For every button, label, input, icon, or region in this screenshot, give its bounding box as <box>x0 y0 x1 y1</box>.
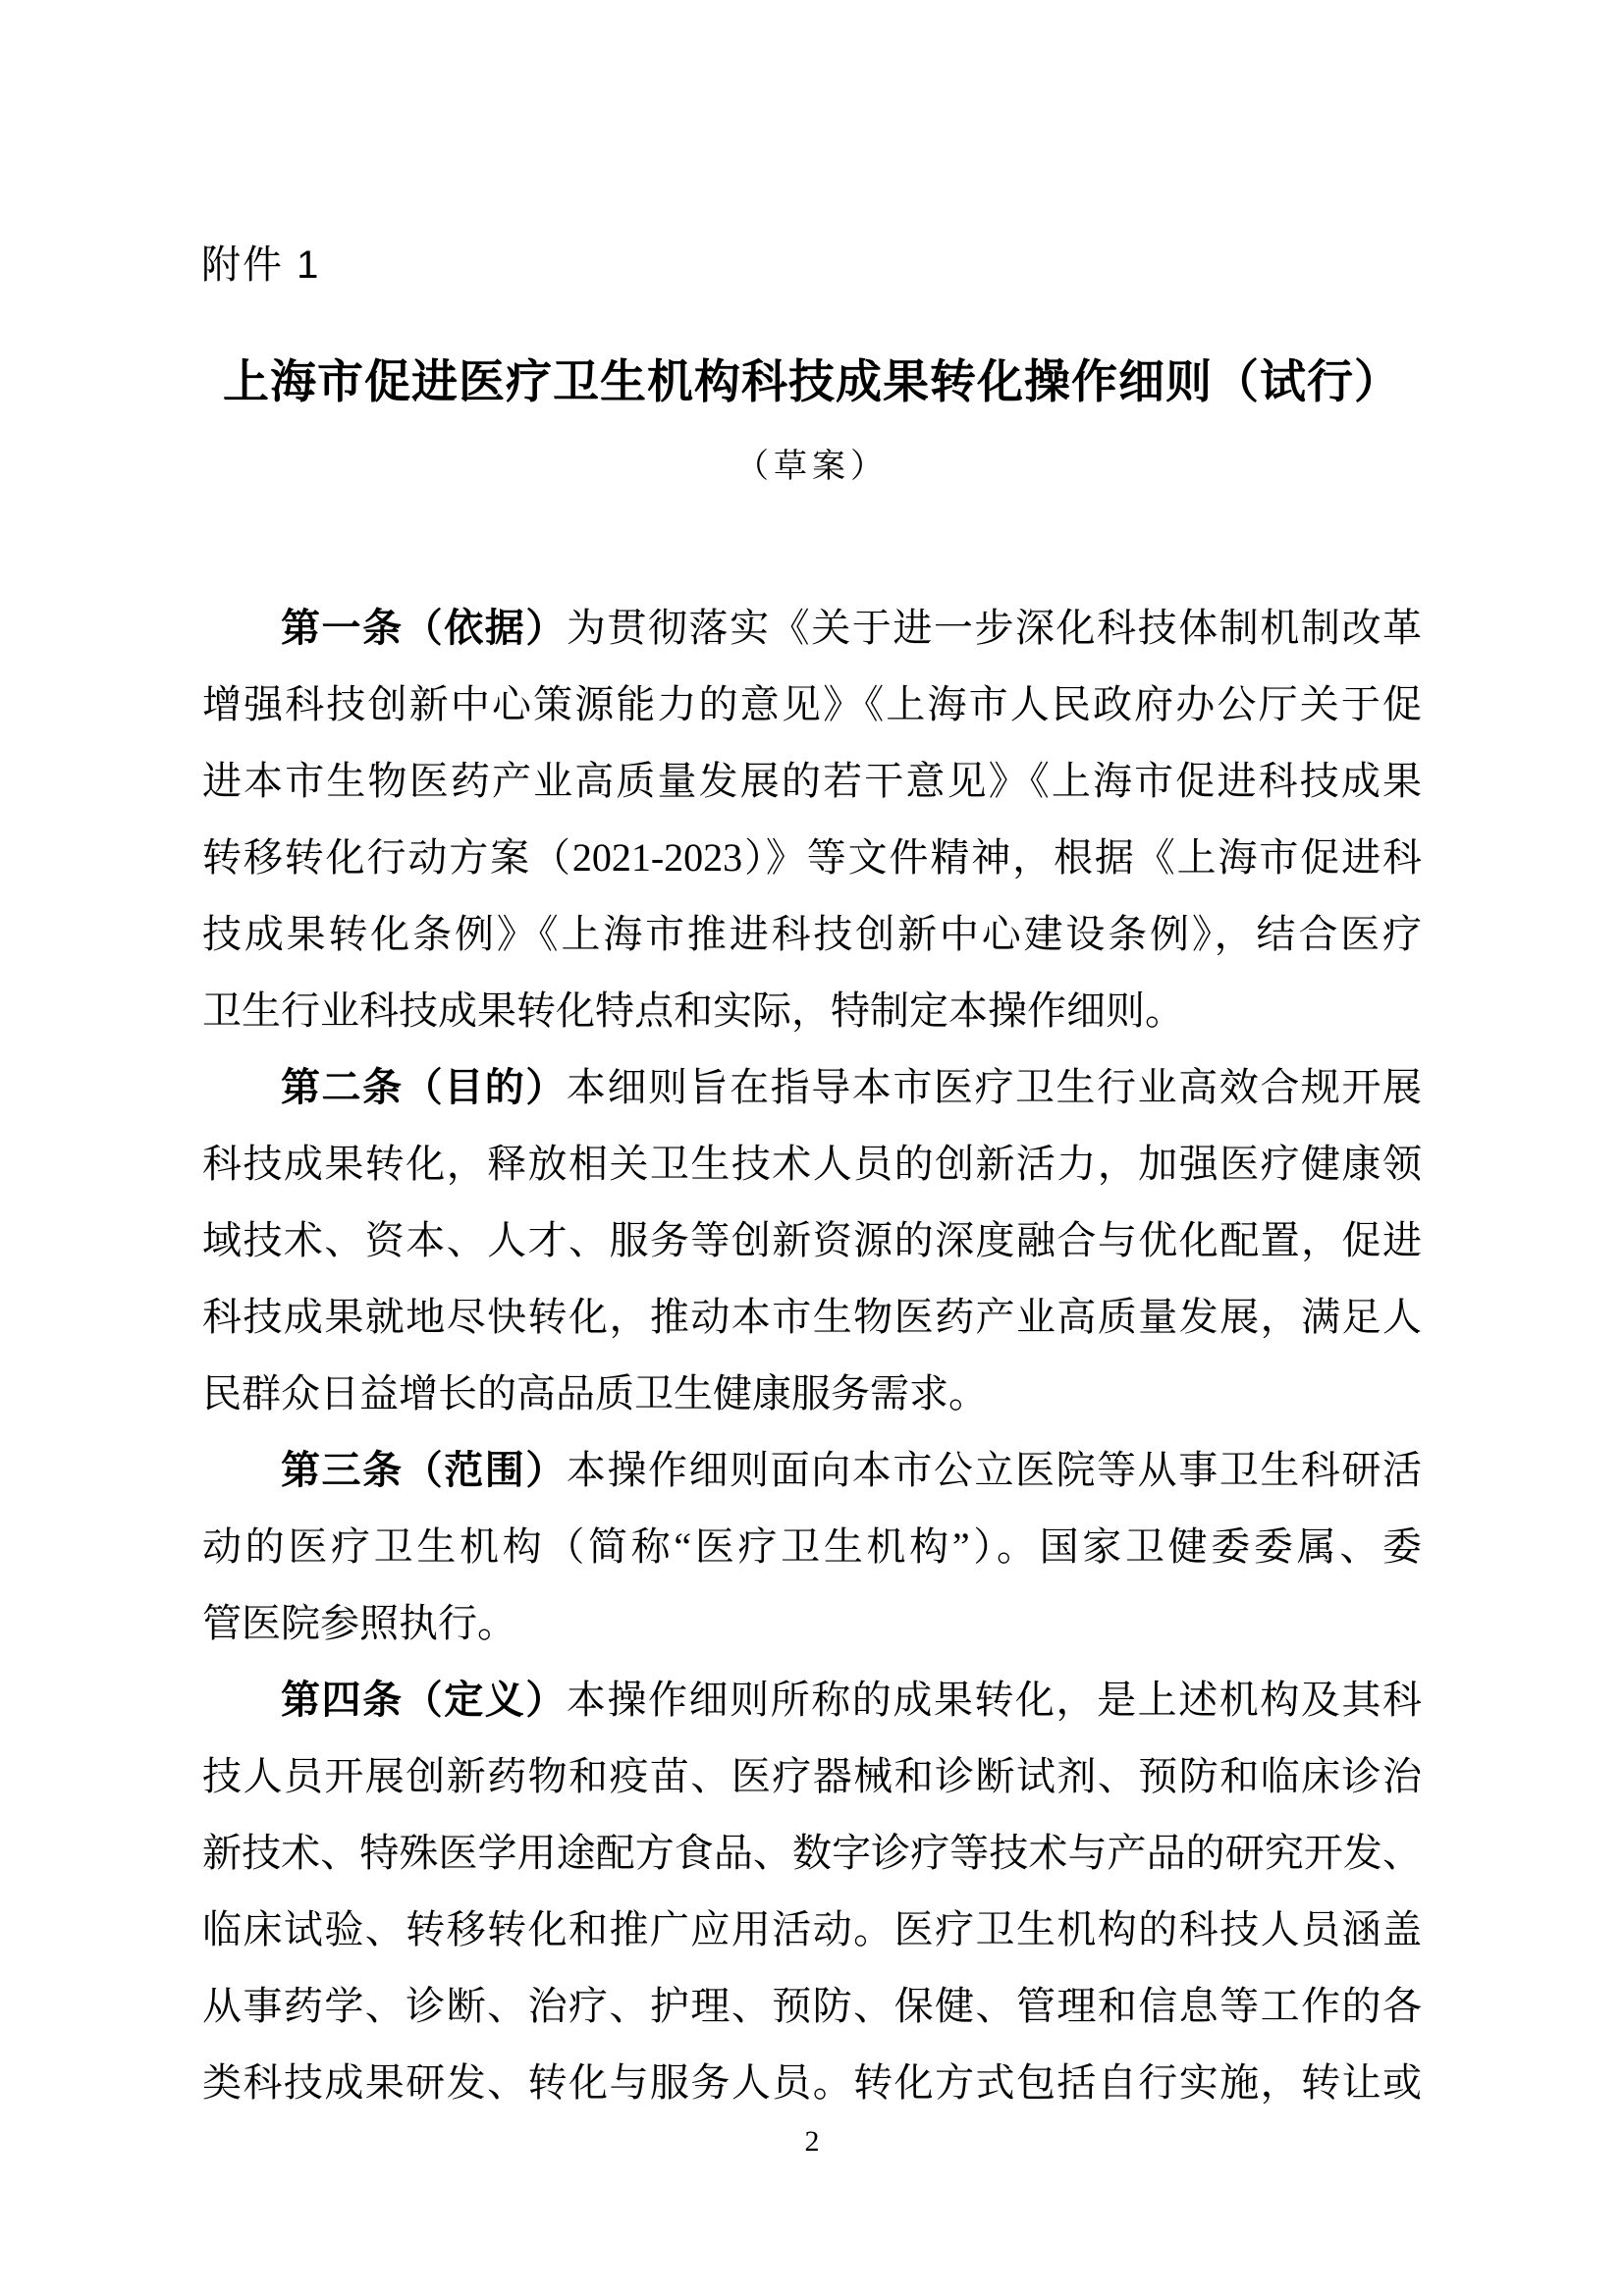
body-line: 转移转化行动方案（2021-2023）》等文件精神，根据《上海市促进科 <box>202 820 1422 896</box>
body-line-text: 技成果转化条例》《上海市推进科技创新中心建设条例》，结合医疗 <box>202 912 1422 956</box>
body-line-text: 转移转化行动方案（2021-2023）》等文件精神，根据《上海市促进科 <box>202 835 1422 880</box>
body-line: 卫生行业科技成果转化特点和实际，特制定本操作细则。 <box>202 973 1422 1049</box>
document-body: 第一条（依据）为贯彻落实《关于进一步深化科技体制机制改革增强科技创新中心策源能力… <box>202 590 1422 2121</box>
body-line: 第三条（范围）本操作细则面向本市公立医院等从事卫生科研活 <box>202 1432 1422 1509</box>
article-heading: 第四条（定义） <box>281 1678 567 1722</box>
body-line-text: 本细则旨在指导本市医疗卫生行业高效合规开展 <box>567 1065 1422 1109</box>
body-line-text: 科技成果就地尽快转化，推动本市生物医药产业高质量发展，满足人 <box>202 1295 1422 1339</box>
body-line: 管医院参照执行。 <box>202 1585 1422 1662</box>
body-line-text: 新技术、特殊医学用途配方食品、数字诊疗等技术与产品的研究开发、 <box>202 1831 1422 1875</box>
document-page: 附件 1 上海市促进医疗卫生机构科技成果转化操作细则（试行） （草案） 第一条（… <box>0 0 1624 2296</box>
body-line-text: 为贯彻落实《关于进一步深化科技体制机制改革 <box>567 606 1422 650</box>
body-line: 科技成果转化，释放相关卫生技术人员的创新活力，加强医疗健康领 <box>202 1126 1422 1202</box>
body-line-text: 科技成果转化，释放相关卫生技术人员的创新活力，加强医疗健康领 <box>202 1142 1422 1186</box>
body-line-text: 管医院参照执行。 <box>202 1601 516 1645</box>
article-heading: 第二条（目的） <box>281 1065 567 1109</box>
article-heading: 第三条（范围） <box>281 1448 567 1492</box>
document-subtitle: （草案） <box>0 444 1624 491</box>
body-line: 民群众日益增长的高品质卫生健康服务需求。 <box>202 1356 1422 1432</box>
body-line: 第二条（目的）本细则旨在指导本市医疗卫生行业高效合规开展 <box>202 1049 1422 1126</box>
body-line-text: 临床试验、转移转化和推广应用活动。医疗卫生机构的科技人员涵盖 <box>202 1907 1422 1951</box>
body-line: 临床试验、转移转化和推广应用活动。医疗卫生机构的科技人员涵盖 <box>202 1892 1422 1968</box>
body-line: 科技成果就地尽快转化，推动本市生物医药产业高质量发展，满足人 <box>202 1279 1422 1356</box>
body-line-text: 动的医疗卫生机构（简称“医疗卫生机构”）。国家卫健委委属、委 <box>202 1524 1422 1569</box>
body-line: 技人员开展创新药物和疫苗、医疗器械和诊断试剂、预防和临床诊治 <box>202 1738 1422 1815</box>
body-line-text: 增强科技创新中心策源能力的意见》《上海市人民政府办公厅关于促 <box>202 682 1422 726</box>
body-line-text: 技人员开展创新药物和疫苗、医疗器械和诊断试剂、预防和临床诊治 <box>202 1754 1422 1798</box>
body-line: 第一条（依据）为贯彻落实《关于进一步深化科技体制机制改革 <box>202 590 1422 667</box>
body-line-text: 从事药学、诊断、治疗、护理、预防、保健、管理和信息等工作的各 <box>202 1984 1422 2028</box>
body-line-text: 本操作细则所称的成果转化，是上述机构及其科 <box>567 1678 1422 1722</box>
body-line: 增强科技创新中心策源能力的意见》《上海市人民政府办公厅关于促 <box>202 667 1422 743</box>
body-line-text: 卫生行业科技成果转化特点和实际，特制定本操作细则。 <box>202 988 1184 1033</box>
body-line: 从事药学、诊断、治疗、护理、预防、保健、管理和信息等工作的各 <box>202 1968 1422 2045</box>
page-number: 2 <box>0 2124 1624 2160</box>
body-line-text: 进本市生物医药产业高质量发展的若干意见》《上海市促进科技成果 <box>202 759 1422 803</box>
article-heading: 第一条（依据） <box>281 606 567 650</box>
body-line-text: 类科技成果研发、转化与服务人员。转化方式包括自行实施，转让或 <box>202 2060 1422 2105</box>
body-line: 第四条（定义）本操作细则所称的成果转化，是上述机构及其科 <box>202 1662 1422 1738</box>
body-line-text: 域技术、资本、人才、服务等创新资源的深度融合与优化配置，促进 <box>202 1218 1422 1262</box>
document-title: 上海市促进医疗卫生机构科技成果转化操作细则（试行） <box>0 353 1624 411</box>
body-line: 新技术、特殊医学用途配方食品、数字诊疗等技术与产品的研究开发、 <box>202 1815 1422 1892</box>
body-line: 类科技成果研发、转化与服务人员。转化方式包括自行实施，转让或 <box>202 2045 1422 2121</box>
attachment-label: 附件 1 <box>201 243 320 287</box>
body-line-text: 本操作细则面向本市公立医院等从事卫生科研活 <box>567 1448 1422 1492</box>
body-line: 进本市生物医药产业高质量发展的若干意见》《上海市促进科技成果 <box>202 743 1422 820</box>
body-line: 技成果转化条例》《上海市推进科技创新中心建设条例》，结合医疗 <box>202 896 1422 973</box>
body-line: 动的医疗卫生机构（简称“医疗卫生机构”）。国家卫健委委属、委 <box>202 1509 1422 1585</box>
body-line: 域技术、资本、人才、服务等创新资源的深度融合与优化配置，促进 <box>202 1202 1422 1279</box>
body-line-text: 民群众日益增长的高品质卫生健康服务需求。 <box>202 1371 988 1415</box>
